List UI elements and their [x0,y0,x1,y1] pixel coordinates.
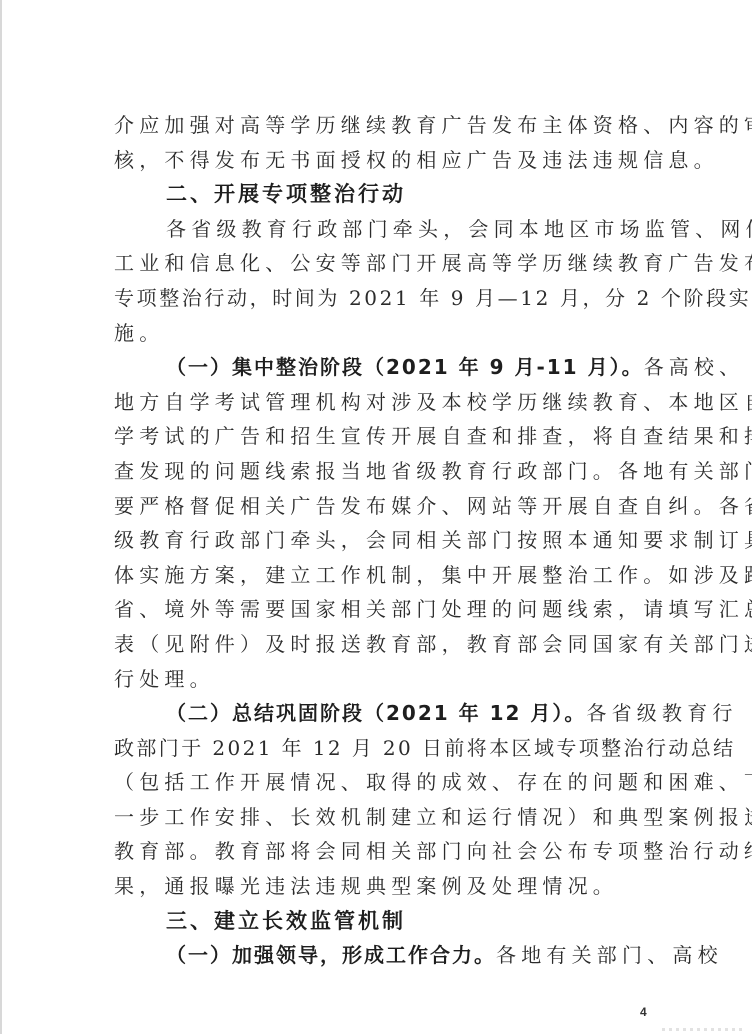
body-line: 表（见附件）及时报送教育部，教育部会同国家有关部门进 [114,627,644,662]
subheading-phase-2: （二）总结巩固阶段（2021 年 12 月）。 [166,701,586,725]
document-page: 介应加强对高等学历继续教育广告发布主体资格、内容的审 核，不得发布无书面授权的相… [114,108,644,973]
body-line: 核，不得发布无书面授权的相应广告及违法违规信息。 [114,143,644,178]
body-line: 要严格督促相关广告发布媒介、网站等开展自查自纠。各省 [114,489,644,524]
body-line: 查发现的问题线索报当地省级教育行政部门。各地有关部门 [114,454,644,489]
body-line: 专项整治行动，时间为 2021 年 9 月—12 月，分 2 个阶段实 [114,281,644,316]
body-line: 一步工作安排、长效机制建立和运行情况）和典型案例报送 [114,800,644,835]
body-line: 学考试的广告和招生宣传开展自查和排查，将自查结果和排 [114,419,644,454]
body-line: 介应加强对高等学历继续教育广告发布主体资格、内容的审 [114,108,644,143]
body-line: 级教育行政部门牵头，会同相关部门按照本通知要求制订具 [114,523,644,558]
body-line: 施。 [114,316,644,351]
page-number: 4 [640,1005,647,1019]
body-line: 各省级教育行政部门牵头，会同本地区市场监管、网信、 [114,212,644,247]
section-heading-3: 三、建立长效监管机制 [114,904,644,939]
body-line: 果，通报曝光违法违规典型案例及处理情况。 [114,869,644,904]
body-line: 地方自学考试管理机构对涉及本校学历继续教育、本地区自 [114,385,644,420]
body-line: 教育部。教育部将会同相关部门向社会公布专项整治行动结 [114,834,644,869]
body-line: 省、境外等需要国家相关部门处理的问题线索，请填写汇总 [114,592,644,627]
body-line: 工业和信息化、公安等部门开展高等学历继续教育广告发布 [114,246,644,281]
section-heading-2: 二、开展专项整治行动 [114,177,644,212]
scan-artifact [662,1028,742,1031]
body-line: 行处理。 [114,662,644,697]
body-line: 政部门于 2021 年 12 月 20 日前将本区域专项整治行动总结 [114,731,644,766]
subheading-leadership: （一）加强领导，形成工作合力。 [166,943,496,967]
body-text: 各省级教育行 [586,701,737,725]
body-text: 各地有关部门、高校 [496,943,723,967]
subheading-line: （二）总结巩固阶段（2021 年 12 月）。各省级教育行 [114,696,644,731]
subheading-line: （一）集中整治阶段（2021 年 9 月-11 月）。各高校、 [114,350,644,385]
page-left-edge [0,0,2,1034]
subheading-line: （一）加强领导，形成工作合力。各地有关部门、高校 [114,938,644,973]
body-text: 各高校、 [644,355,745,379]
body-line: （包括工作开展情况、取得的成效、存在的问题和困难、下 [114,765,644,800]
body-line: 体实施方案，建立工作机制，集中开展整治工作。如涉及跨 [114,558,644,593]
subheading-phase-1: （一）集中整治阶段（2021 年 9 月-11 月）。 [166,355,644,379]
